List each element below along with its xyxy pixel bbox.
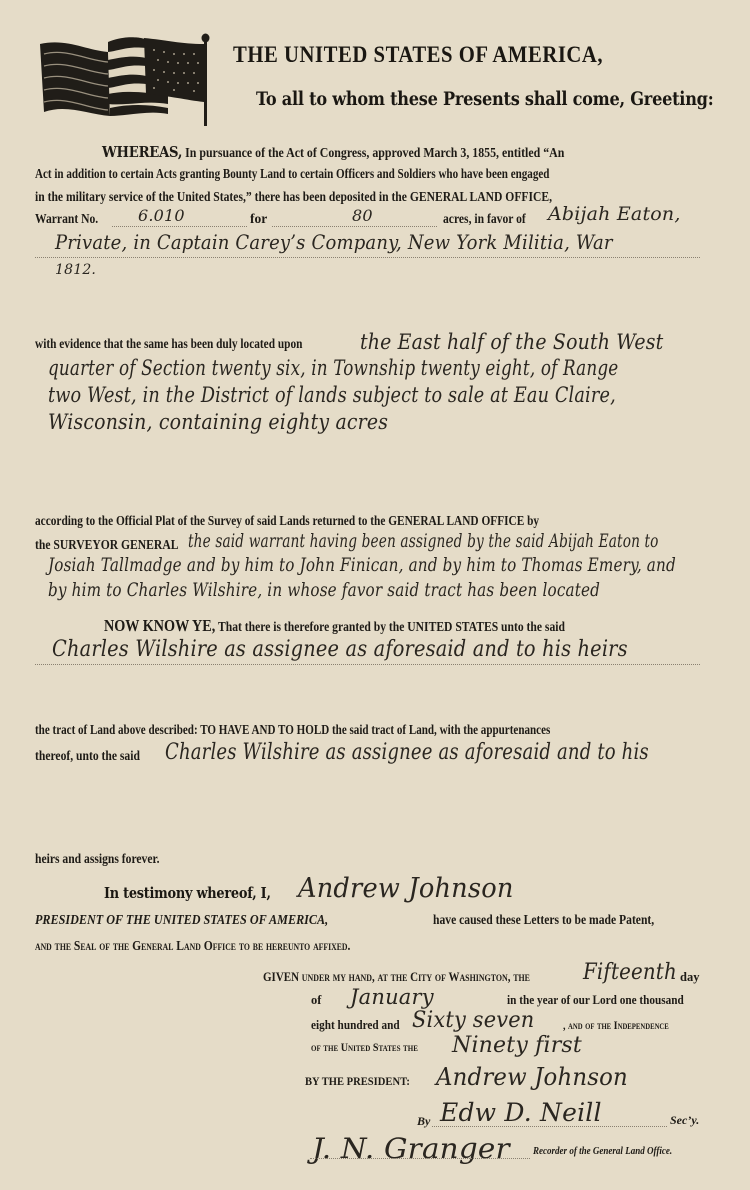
survey-line-1: according to the Official Plat of the Su…: [35, 513, 635, 529]
greeting: To all to whom these Presents shall come…: [256, 88, 750, 110]
preamble-line-1: WHEREAS, In pursuance of the Act of Cong…: [102, 143, 627, 161]
day-label: day: [680, 970, 699, 985]
independence-year: Ninety first: [452, 1033, 582, 1058]
seal-line: and the Seal of the General Land Office …: [35, 938, 402, 954]
acres-dotted-line: [272, 226, 437, 227]
location-line-4: Wisconsin, containing eighty acres: [48, 410, 426, 434]
acres-value: 80: [352, 206, 373, 225]
year-label: in the year of our Lord one thousand: [507, 993, 703, 1008]
recorder-signature: J. N. Granger: [312, 1132, 500, 1165]
given-month: January: [350, 985, 434, 1009]
for-label: for: [250, 211, 267, 227]
president-signature-testimony: Andrew Johnson: [298, 873, 525, 904]
of-us-label: of the United States the: [311, 1042, 433, 1054]
whereas-heading: WHEREAS,: [102, 143, 182, 161]
detail-dotted-line: [35, 257, 700, 258]
grant-grantee-line: Charles Wilshire as assignee as aforesai…: [52, 637, 706, 662]
of-label: of: [311, 993, 321, 1008]
location-line-3: two West, in the District of lands subje…: [48, 383, 724, 407]
grant-dotted-line: [35, 664, 700, 665]
grantee-detail-1: Private, in Captain Carey’s Company, New…: [55, 230, 675, 254]
given-day: Fifteenth: [583, 960, 687, 985]
warrant-number-dotted-line: [112, 226, 247, 227]
habendum-line-1: the tract of Land above described: TO HA…: [35, 722, 663, 738]
acres-label: acres, in favor of: [443, 211, 539, 227]
location-label: with evidence that the same has been dul…: [35, 336, 353, 352]
independence-label: , and of the Independence: [563, 1018, 689, 1033]
president-signature: Andrew Johnson: [436, 1063, 638, 1091]
caused-letters-patent: have caused these Letters to be made Pat…: [433, 912, 690, 928]
habendum-line-2-label: thereof, unto the said: [35, 748, 157, 764]
habendum-line-3: heirs and assigns forever.: [35, 851, 180, 867]
now-know-ye-heading: NOW KNOW YE,: [104, 616, 215, 635]
assignment-line-3: by him to Charles Wilshire, in whose fav…: [48, 579, 738, 601]
document-title: THE UNITED STATES OF AMERICA,: [233, 42, 644, 68]
by-the-president-label: BY THE PRESIDENT:: [305, 1074, 424, 1089]
surveyor-label: the SURVEYOR GENERAL: [35, 537, 202, 553]
secretary-signature: Edw D. Neill: [440, 1098, 602, 1127]
hundred-label: eight hundred and: [311, 1018, 409, 1033]
warrant-number: 6.010: [138, 206, 185, 225]
grantee-detail-2: 1812.: [55, 262, 96, 278]
recorder-dotted-line: [310, 1158, 530, 1159]
grantee-name: Abijah Eaton,: [548, 203, 681, 225]
recorder-label: Recorder of the General Land Office.: [533, 1145, 703, 1157]
warrant-label: Warrant No.: [35, 211, 109, 227]
president-title: PRESIDENT OF THE UNITED STATES OF AMERIC…: [35, 912, 361, 928]
assignment-line-2: Josiah Tallmadge and by him to John Fini…: [48, 554, 750, 576]
given-line-1: GIVEN under my hand, at the City of Wash…: [263, 970, 566, 985]
secretary-label: Sec’y.: [670, 1113, 699, 1128]
grant-line-1: NOW KNOW YE, That there is therefore gra…: [104, 616, 640, 636]
preamble-line-3: in the military service of the United St…: [35, 189, 636, 205]
by-label: By: [417, 1114, 430, 1129]
secretary-dotted-line: [432, 1126, 667, 1127]
location-line-2: quarter of Section twenty six, in Townsh…: [48, 356, 750, 380]
location-line-1: the East half of the South West: [360, 330, 697, 354]
assignment-line-1: the said warrant having been assigned by…: [188, 530, 750, 552]
american-flag-icon: [36, 30, 214, 126]
habendum-line-2-grantee: Charles Wilshire as assignee as aforesai…: [165, 740, 750, 765]
testimony-label: In testimony whereof, I,: [104, 884, 298, 902]
preamble-line-2: Act in addition to certain Acts granting…: [35, 166, 662, 182]
given-year: Sixty seven: [412, 1008, 541, 1033]
